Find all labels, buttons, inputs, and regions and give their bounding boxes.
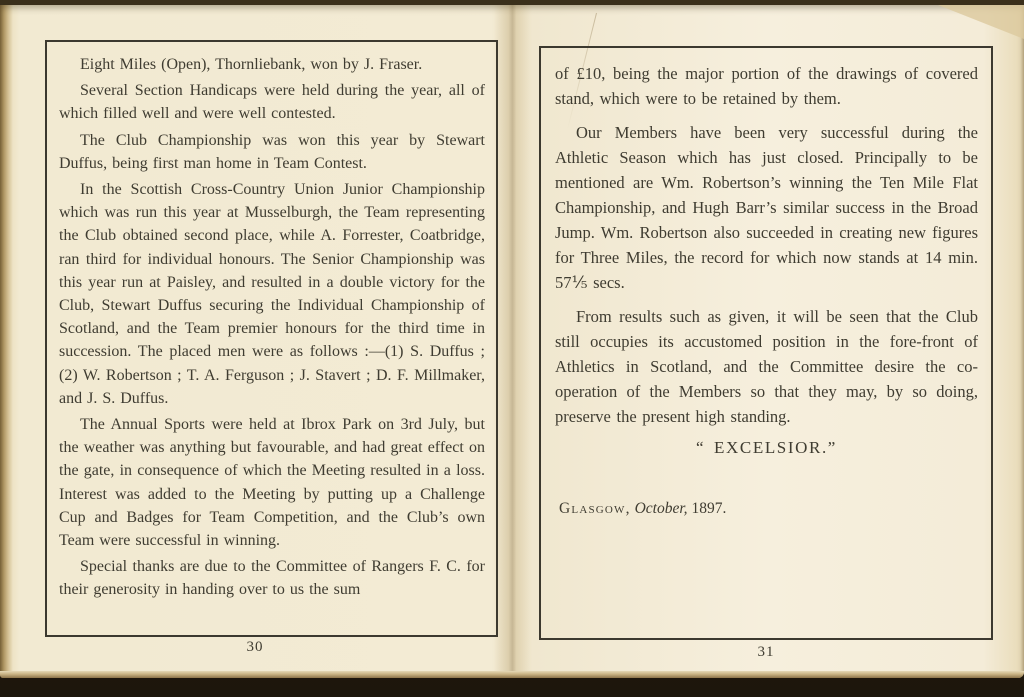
paragraph: Eight Miles (Open), Thornliebank, won by… [59, 53, 485, 76]
spine-gutter-shadow [494, 5, 530, 678]
paragraph: Our Members have been very successful du… [555, 120, 978, 295]
open-book-spread: Eight Miles (Open), Thornliebank, won by… [0, 5, 1024, 678]
left-page-text-frame: Eight Miles (Open), Thornliebank, won by… [45, 40, 498, 637]
scan-background: Eight Miles (Open), Thornliebank, won by… [0, 0, 1024, 697]
colophon-line: Glasgow, October, 1897. [559, 500, 978, 518]
worn-page-corner [938, 5, 1024, 39]
paragraph: The Club Championship was won this year … [59, 129, 485, 175]
paragraph: From results such as given, it will be s… [555, 304, 978, 429]
colophon-place: Glasgow, [559, 500, 631, 517]
page-number-left: 30 [45, 639, 465, 656]
paragraph: of £10, being the major portion of the d… [555, 61, 978, 111]
paragraph: In the Scottish Cross-Country Union Juni… [59, 178, 485, 410]
paragraph: The Annual Sports were held at Ibrox Par… [59, 413, 485, 552]
paragraph: Special thanks are due to the Committee … [59, 555, 485, 601]
right-page-text-frame: of £10, being the major portion of the d… [539, 46, 993, 640]
page-number-right: 31 [539, 644, 993, 661]
paragraph: Several Section Handicaps were held duri… [59, 79, 485, 125]
colophon-month: October, [635, 500, 688, 517]
motto-excelsior: “ EXCELSIOR.” [555, 438, 978, 458]
colophon-year: 1897. [691, 500, 726, 517]
book-bottom-page-edges [0, 671, 1024, 678]
